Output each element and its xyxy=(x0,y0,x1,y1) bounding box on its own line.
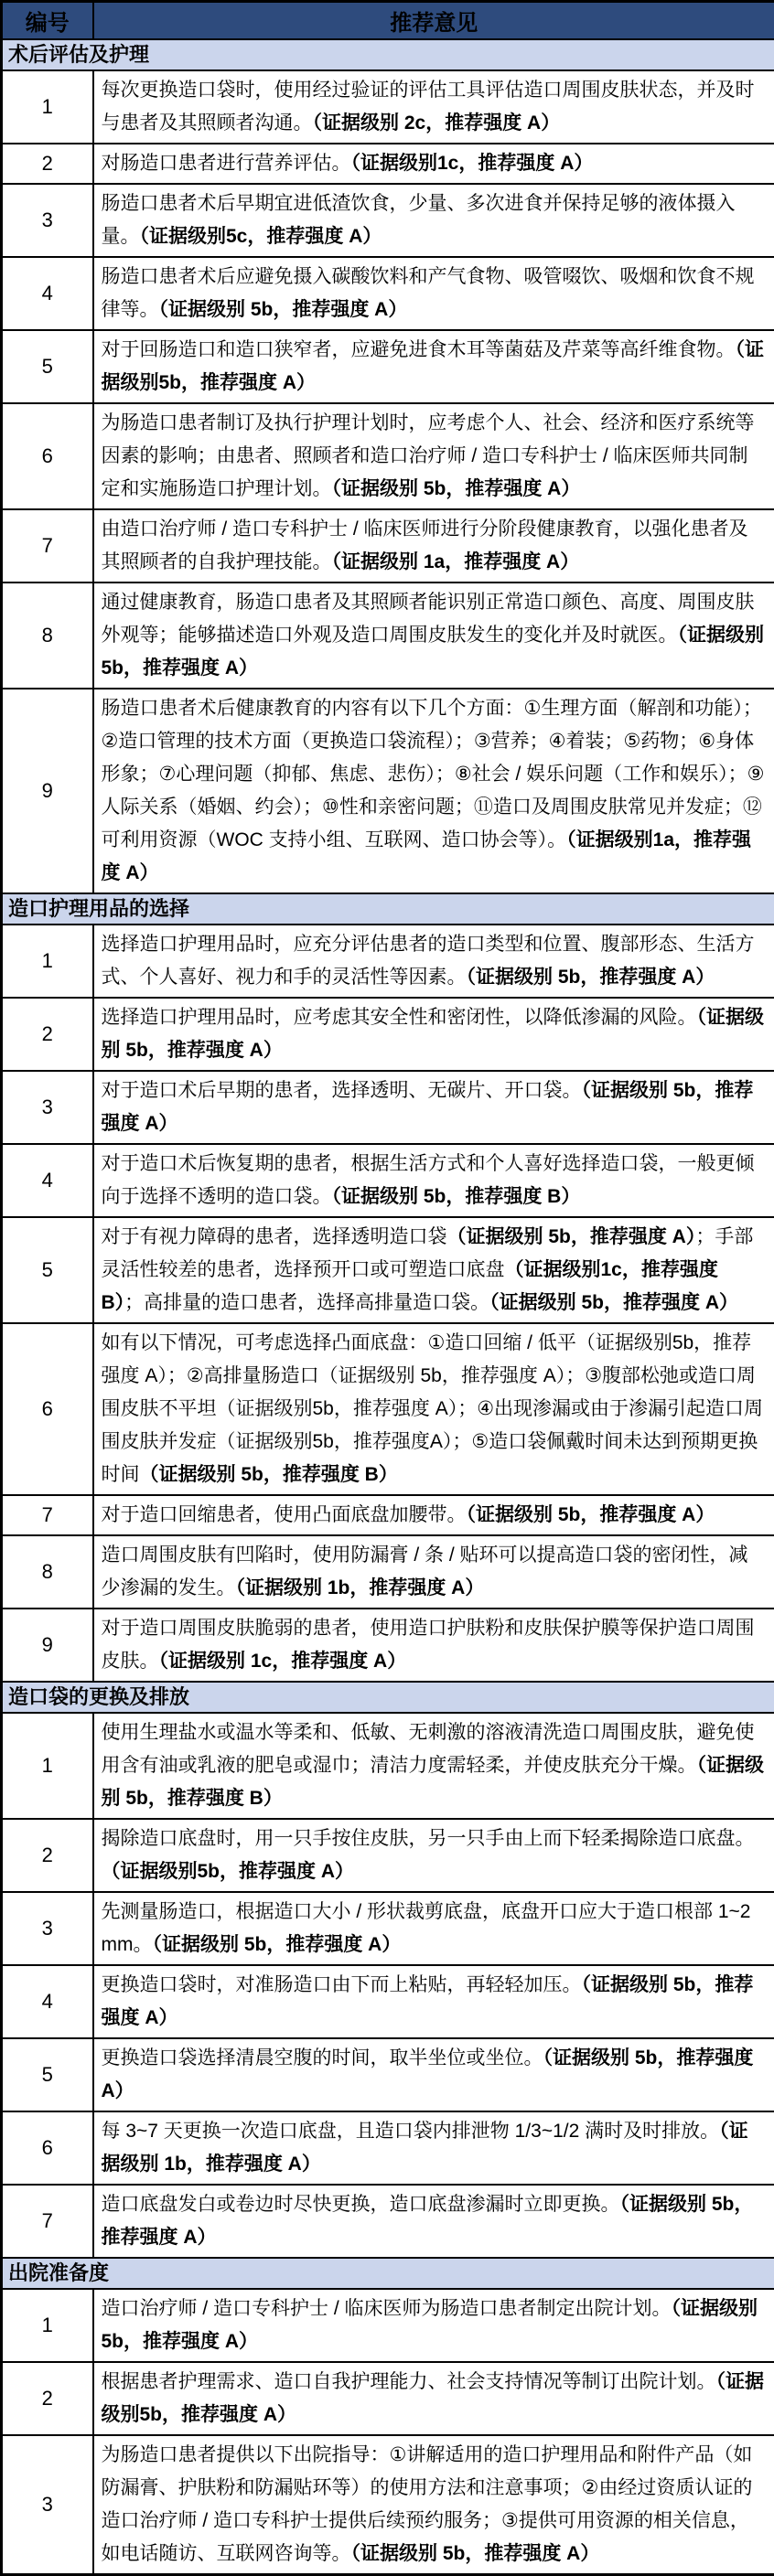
page: 编号 推荐意见 术后评估及护理1每次更换造口袋时，使用经过验证的评估工具评估造口… xyxy=(0,0,774,2576)
recommendation-segment: 选择造口护理用品时，应考虑其安全性和密闭性，以降低渗漏的风险。 xyxy=(102,1007,697,1028)
recommendation-segment: 对于造口术后早期的患者，选择透明、无碳片、开口袋。 xyxy=(102,1080,582,1101)
evidence-note: （证据级别 5b，推荐强度 B） xyxy=(140,1464,398,1485)
section-header-row: 术后评估及护理 xyxy=(2,39,774,70)
evidence-note: （证据级别 1a，推荐强度 A） xyxy=(332,551,580,572)
recommendation-text: 每次更换造口袋时，使用经过验证的评估工具评估造口周围皮肤状态，并及时与患者及其照… xyxy=(93,70,774,144)
table-row: 5对于有视力障碍的患者，选择透明造口袋（证据级别 5b，推荐强度 A）；手部灵活… xyxy=(2,1217,774,1323)
recommendation-segment: 每 3~7 天更换一次造口底盘，且造口袋内排泄物 1/3~1/2 满时及时排放。 xyxy=(102,2121,720,2142)
row-number: 3 xyxy=(2,184,93,257)
recommendation-segment: 揭除造口底盘时，用一只手按住皮肤，另一只手由上而下轻柔揭除造口底盘。 xyxy=(102,1828,755,1849)
recommendation-text: 由造口治疗师 / 造口专科护士 / 临床医师进行分阶段健康教育，以强化患者及其照… xyxy=(93,509,774,583)
row-number: 2 xyxy=(2,2362,93,2435)
row-number: 3 xyxy=(2,1071,93,1144)
recommendation-segment: 使用生理盐水或温水等柔和、低敏、无刺激的溶液清洗造口周围皮肤，避免使用含有油或乳… xyxy=(102,1722,755,1776)
table-row: 2选择造口护理用品时，应考虑其安全性和密闭性，以降低渗漏的风险。（证据级别 5b… xyxy=(2,998,774,1071)
evidence-note: （证据级别 5b，推荐强度 A） xyxy=(467,967,715,988)
row-number: 1 xyxy=(2,1713,93,1819)
row-number: 6 xyxy=(2,403,93,509)
table-row: 3先测量肠造口，根据造口大小 / 形状裁剪底盘，底盘开口应大于造口根部 1~2 … xyxy=(2,1892,774,1965)
table-row: 4肠造口患者术后应避免摄入碳酸饮料和产气食物、吸管啜饮、吸烟和饮食不规律等。（证… xyxy=(2,257,774,330)
table-row: 1造口治疗师 / 造口专科护士 / 临床医师为肠造口患者制定出院计划。（证据级别… xyxy=(2,2289,774,2362)
table-row: 5对于回肠造口和造口狭窄者，应避免进食木耳等菌菇及芹菜等高纤维食物。（证据级别5… xyxy=(2,330,774,403)
table-body: 术后评估及护理1每次更换造口袋时，使用经过验证的评估工具评估造口周围皮肤状态，并… xyxy=(2,39,774,2575)
evidence-note: （证据级别 5b，推荐强度 A） xyxy=(489,1292,738,1313)
section-header-row: 造口护理用品的选择 xyxy=(2,893,774,925)
recommendation-text: 肠造口患者术后健康教育的内容有以下几个方面：①生理方面（解剖和功能）；②造口管理… xyxy=(93,689,774,893)
table-row: 7对于造口回缩患者，使用凸面底盘加腰带。（证据级别 5b，推荐强度 A） xyxy=(2,1495,774,1535)
row-number: 4 xyxy=(2,1144,93,1217)
evidence-note: （证据级别 5b，推荐强度 A） xyxy=(467,1504,715,1525)
table-row: 3为肠造口患者提供以下出院指导：①讲解适用的造口护理用品和附件产品（如防漏膏、护… xyxy=(2,2435,774,2575)
recommendation-text: 为肠造口患者制订及执行护理计划时，应考虑个人、社会、经济和医疗系统等因素的影响；… xyxy=(93,403,774,509)
recommendation-segment: 通过健康教育，肠造口患者及其照顾者能识别正常造口颜色、高度、周围皮肤外观等；能够… xyxy=(102,592,755,646)
row-number: 3 xyxy=(2,2435,93,2575)
evidence-note: （证据级别 5b，推荐强度 A） xyxy=(332,478,581,499)
table-row: 6为肠造口患者制订及执行护理计划时，应考虑个人、社会、经济和医疗系统等因素的影响… xyxy=(2,403,774,509)
row-number: 4 xyxy=(2,257,93,330)
section-header-row: 出院准备度 xyxy=(2,2258,774,2289)
recommendation-text: 先测量肠造口，根据造口大小 / 形状裁剪底盘，底盘开口应大于造口根部 1~2 m… xyxy=(93,1892,774,1965)
row-number: 3 xyxy=(2,1892,93,1965)
section-title: 造口护理用品的选择 xyxy=(2,893,774,925)
row-number: 9 xyxy=(2,689,93,893)
row-number: 6 xyxy=(2,1323,93,1495)
recommendation-segment: 对于回肠造口和造口狭窄者，应避免进食木耳等菌菇及芹菜等高纤维食物。 xyxy=(102,339,736,360)
table-row: 2揭除造口底盘时，用一只手按住皮肤，另一只手由上而下轻柔揭除造口底盘。（证据级别… xyxy=(2,1819,774,1892)
recommendation-text: 对于造口周围皮肤脆弱的患者，使用造口护肤粉和皮肤保护膜等保护造口周围皮肤。（证据… xyxy=(93,1609,774,1682)
recommendation-segment: 肠造口患者术后健康教育的内容有以下几个方面：①生理方面（解剖和功能）；②造口管理… xyxy=(102,698,765,850)
recommendation-text: 对于造口回缩患者，使用凸面底盘加腰带。（证据级别 5b，推荐强度 A） xyxy=(93,1495,774,1535)
row-number: 7 xyxy=(2,509,93,583)
row-number: 2 xyxy=(2,144,93,184)
recommendation-segment: 对肠造口患者进行营养评估。 xyxy=(102,153,351,174)
row-number: 7 xyxy=(2,2185,93,2258)
row-number: 5 xyxy=(2,2038,93,2111)
table-row: 4对于造口术后恢复期的患者，根据生活方式和个人喜好选择造口袋，一般更倾向于选择不… xyxy=(2,1144,774,1217)
recommendation-text: 对于造口术后恢复期的患者，根据生活方式和个人喜好选择造口袋，一般更倾向于选择不透… xyxy=(93,1144,774,1217)
table-row: 8通过健康教育，肠造口患者及其照顾者能识别正常造口颜色、高度、周围皮肤外观等；能… xyxy=(2,583,774,689)
row-number: 8 xyxy=(2,583,93,689)
row-number: 9 xyxy=(2,1609,93,1682)
evidence-note: （证据级别 5b，推荐强度 A） xyxy=(447,1226,696,1247)
recommendation-segment: 根据患者护理需求、造口自我护理能力、社会支持情况等制订出院计划。 xyxy=(102,2371,716,2392)
row-number: 1 xyxy=(2,925,93,998)
column-header-number: 编号 xyxy=(2,2,93,40)
recommendation-text: 使用生理盐水或温水等柔和、低敏、无刺激的溶液清洗造口周围皮肤，避免使用含有油或乳… xyxy=(93,1713,774,1819)
evidence-note: （证据级别5b，推荐强度 A） xyxy=(102,1861,355,1882)
table-row: 2对肠造口患者进行营养评估。（证据级别1c，推荐强度 A） xyxy=(2,144,774,184)
row-number: 6 xyxy=(2,2111,93,2185)
recommendation-text: 选择造口护理用品时，应充分评估患者的造口类型和位置、腹部形态、生活方式、个人喜好… xyxy=(93,925,774,998)
row-number: 7 xyxy=(2,1495,93,1535)
evidence-note: （证据级别5c，推荐强度 A） xyxy=(140,226,382,247)
section-header-row: 造口袋的更换及排放 xyxy=(2,1682,774,1713)
recommendation-text: 如有以下情况，可考虑选择凸面底盘：①造口回缩 / 低平（证据级别5b，推荐强度 … xyxy=(93,1323,774,1495)
table-row: 4更换造口袋时，对准肠造口由下而上粘贴，再轻轻加压。（证据级别 5b，推荐强度 … xyxy=(2,1965,774,2038)
recommendation-text: 肠造口患者术后应避免摄入碳酸饮料和产气食物、吸管啜饮、吸烟和饮食不规律等。（证据… xyxy=(93,257,774,330)
table-row: 1选择造口护理用品时，应充分评估患者的造口类型和位置、腹部形态、生活方式、个人喜… xyxy=(2,925,774,998)
row-number: 8 xyxy=(2,1535,93,1609)
recommendation-text: 选择造口护理用品时，应考虑其安全性和密闭性，以降低渗漏的风险。（证据级别 5b，… xyxy=(93,998,774,1071)
recommendations-table: 编号 推荐意见 术后评估及护理1每次更换造口袋时，使用经过验证的评估工具评估造口… xyxy=(0,0,774,2576)
evidence-note: （证据级别 1b，推荐强度 A） xyxy=(236,1577,485,1598)
table-row: 8造口周围皮肤有凹陷时，使用防漏膏 / 条 / 贴环可以提高造口袋的密闭性，减少… xyxy=(2,1535,774,1609)
table-row: 9对于造口周围皮肤脆弱的患者，使用造口护肤粉和皮肤保护膜等保护造口周围皮肤。（证… xyxy=(2,1609,774,1682)
recommendation-segment: ；高排量的造口患者，选择高排量造口袋。 xyxy=(124,1292,489,1313)
section-title: 出院准备度 xyxy=(2,2258,774,2289)
recommendation-text: 造口治疗师 / 造口专科护士 / 临床医师为肠造口患者制定出院计划。（证据级别 … xyxy=(93,2289,774,2362)
recommendation-text: 揭除造口底盘时，用一只手按住皮肤，另一只手由上而下轻柔揭除造口底盘。（证据级别5… xyxy=(93,1819,774,1892)
recommendation-segment: 造口底盘发白或卷边时尽快更换，造口底盘渗漏时立即更换。 xyxy=(102,2194,620,2215)
evidence-note: （证据级别 5b，推荐强度 A） xyxy=(159,299,408,320)
recommendation-text: 通过健康教育，肠造口患者及其照顾者能识别正常造口颜色、高度、周围皮肤外观等；能够… xyxy=(93,583,774,689)
recommendation-segment: 对于造口回缩患者，使用凸面底盘加腰带。 xyxy=(102,1504,467,1525)
table-row: 6如有以下情况，可考虑选择凸面底盘：①造口回缩 / 低平（证据级别5b，推荐强度… xyxy=(2,1323,774,1495)
recommendation-text: 更换造口袋时，对准肠造口由下而上粘贴，再轻轻加压。（证据级别 5b，推荐强度 A… xyxy=(93,1965,774,2038)
row-number: 5 xyxy=(2,330,93,403)
table-row: 3肠造口患者术后早期宜进低渣饮食，少量、多次进食并保持足够的液体摄入量。（证据级… xyxy=(2,184,774,257)
recommendation-text: 根据患者护理需求、造口自我护理能力、社会支持情况等制订出院计划。（证据级别5b，… xyxy=(93,2362,774,2435)
section-title: 造口袋的更换及排放 xyxy=(2,1682,774,1713)
column-header-recommendation: 推荐意见 xyxy=(93,2,774,40)
table-row: 1使用生理盐水或温水等柔和、低敏、无刺激的溶液清洗造口周围皮肤，避免使用含有油或… xyxy=(2,1713,774,1819)
recommendation-text: 为肠造口患者提供以下出院指导：①讲解适用的造口护理用品和附件产品（如防漏膏、护肤… xyxy=(93,2435,774,2575)
row-number: 1 xyxy=(2,2289,93,2362)
evidence-note: （证据级别 1c，推荐强度 A） xyxy=(159,1651,407,1672)
evidence-note: （证据级别 2c，推荐强度 A） xyxy=(313,112,561,134)
row-number: 1 xyxy=(2,70,93,144)
recommendation-text: 对于回肠造口和造口狭窄者，应避免进食木耳等菌菇及芹菜等高纤维食物。（证据级别5b… xyxy=(93,330,774,403)
recommendation-segment: 更换造口袋时，对准肠造口由下而上粘贴，再轻轻加压。 xyxy=(102,1974,582,1995)
table-row: 9肠造口患者术后健康教育的内容有以下几个方面：①生理方面（解剖和功能）；②造口管… xyxy=(2,689,774,893)
recommendation-segment: 造口治疗师 / 造口专科护士 / 临床医师为肠造口患者制定出院计划。 xyxy=(102,2298,672,2319)
row-number: 5 xyxy=(2,1217,93,1323)
evidence-note: （证据级别 5b，推荐强度 B） xyxy=(332,1186,581,1207)
row-number: 2 xyxy=(2,1819,93,1892)
recommendation-segment: 如有以下情况，可考虑选择凸面底盘：①造口回缩 / 低平（证据级别5b，推荐强度 … xyxy=(102,1332,764,1485)
recommendation-text: 对肠造口患者进行营养评估。（证据级别1c，推荐强度 A） xyxy=(93,144,774,184)
section-title: 术后评估及护理 xyxy=(2,39,774,70)
table-row: 1每次更换造口袋时，使用经过验证的评估工具评估造口周围皮肤状态，并及时与患者及其… xyxy=(2,70,774,144)
table-row: 6每 3~7 天更换一次造口底盘，且造口袋内排泄物 1/3~1/2 满时及时排放… xyxy=(2,2111,774,2185)
table-row: 5更换造口袋选择清晨空腹的时间，取半坐位或坐位。（证据级别 5b，推荐强度 A） xyxy=(2,2038,774,2111)
recommendation-text: 肠造口患者术后早期宜进低渣饮食，少量、多次进食并保持足够的液体摄入量。（证据级别… xyxy=(93,184,774,257)
table-row: 3对于造口术后早期的患者，选择透明、无碳片、开口袋。（证据级别 5b，推荐强度 … xyxy=(2,1071,774,1144)
table-row: 7由造口治疗师 / 造口专科护士 / 临床医师进行分阶段健康教育，以强化患者及其… xyxy=(2,509,774,583)
row-number: 2 xyxy=(2,998,93,1071)
table-row: 2根据患者护理需求、造口自我护理能力、社会支持情况等制订出院计划。（证据级别5b… xyxy=(2,2362,774,2435)
recommendation-text: 对于造口术后早期的患者，选择透明、无碳片、开口袋。（证据级别 5b，推荐强度 A… xyxy=(93,1071,774,1144)
evidence-note: （证据级别1c，推荐强度 A） xyxy=(351,153,594,174)
recommendation-text: 造口周围皮肤有凹陷时，使用防漏膏 / 条 / 贴环可以提高造口袋的密闭性，减少渗… xyxy=(93,1535,774,1609)
recommendation-text: 造口底盘发白或卷边时尽快更换，造口底盘渗漏时立即更换。（证据级别 5b，推荐强度… xyxy=(93,2185,774,2258)
table-row: 7造口底盘发白或卷边时尽快更换，造口底盘渗漏时立即更换。（证据级别 5b，推荐强… xyxy=(2,2185,774,2258)
recommendation-segment: 更换造口袋选择清晨空腹的时间，取半坐位或坐位。 xyxy=(102,2047,543,2068)
evidence-note: （证据级别 5b，推荐强度 A） xyxy=(153,1934,402,1955)
recommendation-text: 更换造口袋选择清晨空腹的时间，取半坐位或坐位。（证据级别 5b，推荐强度 A） xyxy=(93,2038,774,2111)
row-number: 4 xyxy=(2,1965,93,2038)
recommendation-text: 对于有视力障碍的患者，选择透明造口袋（证据级别 5b，推荐强度 A）；手部灵活性… xyxy=(93,1217,774,1323)
table-header-row: 编号 推荐意见 xyxy=(2,2,774,40)
recommendation-segment: 对于有视力障碍的患者，选择透明造口袋 xyxy=(102,1226,447,1247)
evidence-note: （证据级别 5b，推荐强度 A） xyxy=(351,2543,600,2564)
recommendation-text: 每 3~7 天更换一次造口底盘，且造口袋内排泄物 1/3~1/2 满时及时排放。… xyxy=(93,2111,774,2185)
